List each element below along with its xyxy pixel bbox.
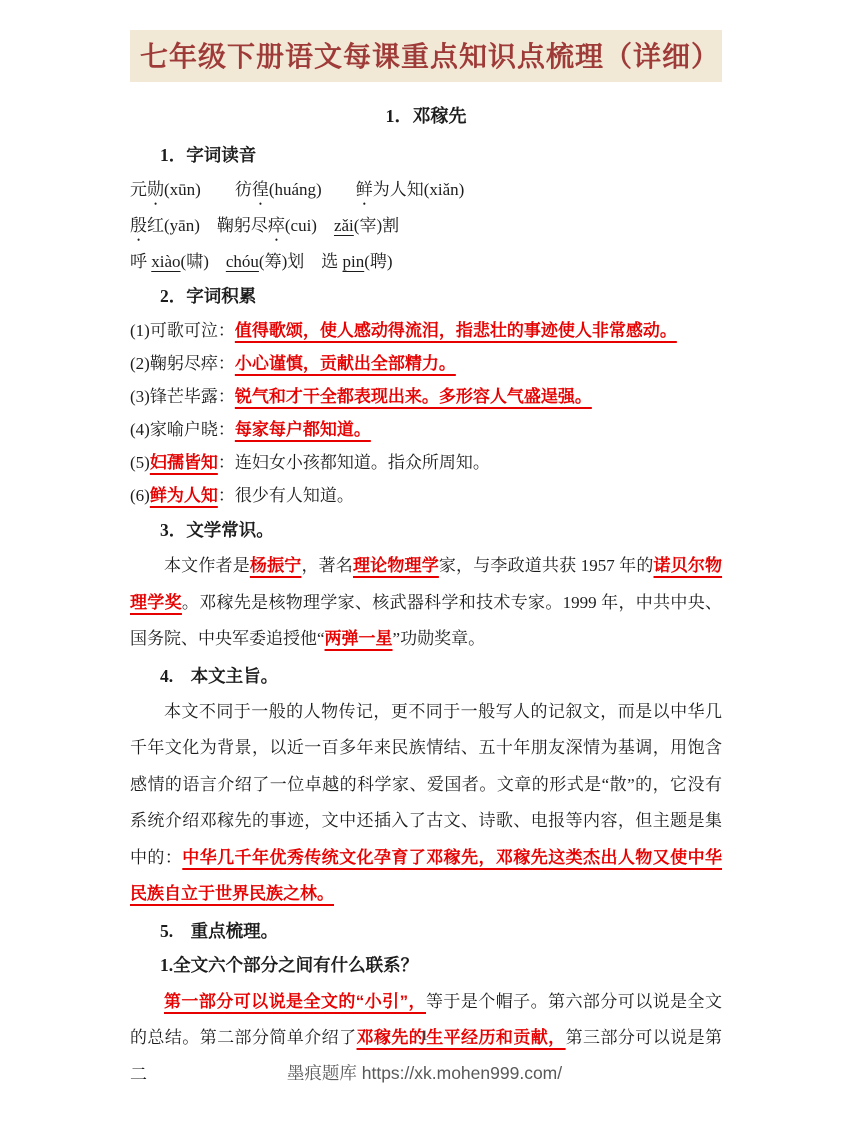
word-item-1: (1)可歌可泣：值得歌颂，使人感动得流泪，指悲壮的事迹使人非常感动。 [130,314,722,347]
pinyin-line-1: 元勋(xūn) 彷徨(huáng) 鲜为人知(xiǎn) [130,173,722,209]
hl-text-segment: 每家每户都知道。 [235,420,371,439]
text-segment [322,180,356,199]
text-segment: ：连妇女小孩都知道。指众所周知。 [218,453,490,472]
text-segment: (宰)割 [354,216,399,235]
word-item-4: (4)家喻户晓：每家每户都知道。 [130,413,722,446]
section2-heading: 2．字词积累 [130,281,722,311]
text-segment: (huáng) [269,180,322,199]
dot-text-segment: 鲜 [356,180,373,199]
hl-text-segment: 理论物理学 [353,556,439,575]
word-item-2: (2)鞠躬尽瘁：小心谨慎，贡献出全部精力。 [130,347,722,380]
document-content: 七年级下册语文每课重点知识点梳理（详细） 1．邓稼先 1．字词读音 元勋(xūn… [0,0,849,1093]
text-segment [201,180,235,199]
hl-text-segment: 妇孺皆知 [150,453,218,472]
text-segment: ”功勋奖章。 [393,629,486,648]
dot-text-segment: 殷 [130,216,147,235]
theme-paragraph: 本文不同于一般的人物传记，更不同于一般写人的记叙文，而是以中华几千年文化为背景，… [130,694,722,913]
text-segment: 呼 [130,252,151,271]
footer-site-text: 墨痕题库 https://xk.mohen999.com/ [0,1060,849,1085]
text-segment: (啸) [181,252,209,271]
text-segment: 本文作者是 [164,556,250,575]
hl-text-segment: 值得歌颂，使人感动得流泪，指悲壮的事迹使人非常感动。 [235,321,677,340]
text-segment [304,252,321,271]
text-segment [200,216,217,235]
document-title-row: 七年级下册语文每课重点知识点梳理（详细） [130,30,722,82]
word-item-6: (6)鲜为人知：很少有人知道。 [130,479,722,512]
dot-text-segment: 徨 [252,180,269,199]
hl-text-segment: 小心谨慎，贡献出全部精力。 [235,354,456,373]
text-segment: (5) [130,453,150,472]
text-segment: (2)鞠躬尽瘁： [130,354,235,373]
text-segment: 选 [321,252,342,271]
lesson-heading: 1．邓稼先 [130,104,722,128]
pinyin-line-3: 呼 xiào(啸) chóu(筹)划 选 pin(聘) [130,245,722,278]
hl-text-segment: 杨振宁 [250,556,302,575]
ul-text-segment: zǎi [334,216,354,235]
question-1: 1.全文六个部分之间有什么联系？ [130,949,722,982]
section3-heading: 3．文学常识。 [130,515,722,545]
section5-heading: 5. 重点梳理。 [130,916,722,946]
text-segment [317,216,334,235]
text-segment: 元 [130,180,147,199]
ul-text-segment: xiào [151,252,180,271]
dot-text-segment: 瘁 [268,216,285,235]
text-segment: 鞠躬尽 [217,216,268,235]
page-number: 1 [0,1028,849,1045]
literary-knowledge-paragraph: 本文作者是杨振宁，著名理论物理学家，与李政道共获 1957 年的诺贝尔物理学奖。… [130,548,722,658]
text-segment: (筹)划 [259,252,304,271]
ul-text-segment: chóu [226,252,259,271]
text-segment: ：很少有人知道。 [218,486,354,505]
hl-text-segment: 中华几千年优秀传统文化孕育了邓稼先，邓稼先这类杰出人物又使中华民族自立于世界民族… [130,848,722,904]
text-segment: 家，与李政道共获 1957 年的 [439,556,654,575]
text-segment: (6) [130,486,150,505]
text-segment: 为人知(xiǎn) [373,180,465,199]
hl-text-segment: 两弹一星 [325,629,393,648]
text-segment: (4)家喻户晓： [130,420,235,439]
text-segment: (cui) [285,216,317,235]
hl-text-segment: 第一部分可以说是全文的“小引”， [164,992,426,1011]
pinyin-line-2: 殷红(yān) 鞠躬尽瘁(cui) zǎi(宰)割 [130,209,722,245]
text-segment: ，著名 [301,556,353,575]
word-item-5: (5)妇孺皆知：连妇女小孩都知道。指众所周知。 [130,446,722,479]
section4-heading: 4. 本文主旨。 [130,661,722,691]
text-segment: (xūn) [164,180,201,199]
text-segment: 本文不同于一般的人物传记，更不同于一般写人的记叙文，而是以中华几千年文化为背景，… [130,702,722,867]
dot-text-segment: 勋 [147,180,164,199]
hl-text-segment: 锐气和才干全都表现出来。多形容人气盛逞强。 [235,387,592,406]
word-item-3: (3)锋芒毕露：锐气和才干全都表现出来。多形容人气盛逞强。 [130,380,722,413]
document-page: 七年级下册语文每课重点知识点梳理（详细） 1．邓稼先 1．字词读音 元勋(xūn… [0,0,849,1122]
text-segment: (聘) [364,252,392,271]
text-segment: (1)可歌可泣： [130,321,235,340]
hl-text-segment: 鲜为人知 [150,486,218,505]
text-segment: 红(yān) [147,216,200,235]
text-segment [209,252,226,271]
section1-heading: 1．字词读音 [130,140,722,170]
ul-text-segment: pin [342,252,364,271]
text-segment: 彷 [235,180,252,199]
document-title: 七年级下册语文每课重点知识点梳理（详细） [130,30,722,82]
text-segment: (3)锋芒毕露： [130,387,235,406]
